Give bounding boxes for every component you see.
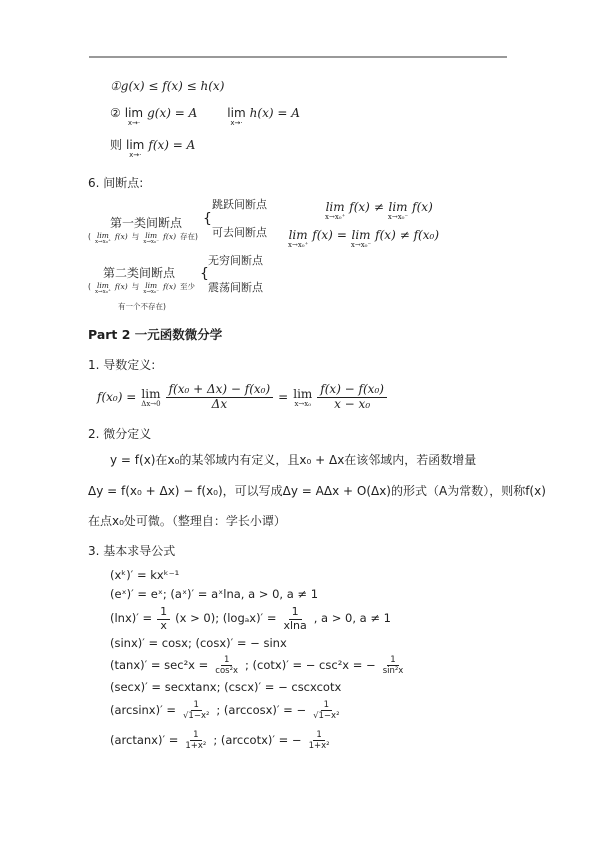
- arcsin-derivative-lhs: (arcsinx)′ =: [110, 704, 176, 718]
- equal-sign: =: [337, 228, 347, 242]
- fx-term: f(x): [163, 232, 176, 241]
- one-over-sin2-fraction: 1 sin²x: [381, 655, 406, 676]
- limit-stack: lim x→x₀⁺: [95, 282, 111, 296]
- one-over-cos2-fraction: 1 cos²x: [213, 655, 240, 676]
- derivative-lhs: f(x₀) =: [97, 390, 136, 404]
- brace-first-class: {: [203, 211, 212, 228]
- limit-stack: lim x→x₀⁺: [288, 228, 308, 249]
- limit-stack: lim Δx→0: [141, 387, 160, 408]
- not-equal-sign: ≠: [374, 200, 384, 214]
- fx-term: f(x): [412, 200, 433, 214]
- second-class-condition-line1: ( lim x→x₀⁺ f(x) 与 lim x→x₀⁻ f(x) 至少: [88, 282, 195, 296]
- formula-secant-cosecant: (secx)′ = secxtanx; (cscx)′ = − cscxcotx: [110, 681, 341, 695]
- arctan-derivative-lhs: (arctanx)′ =: [110, 734, 178, 748]
- differential-paragraph-line1: y = f(x)在x₀的某邻域内有定义，且x₀ + Δx在该邻域内，若函数增量: [110, 453, 476, 467]
- circled-two-marker: ②: [110, 106, 121, 120]
- limit-stack: lim x→·: [125, 106, 143, 127]
- fx-term: f(x): [115, 232, 128, 241]
- and-label: 与: [132, 232, 140, 241]
- one-over-sqrt-fraction: 1 √1−x²: [181, 700, 211, 721]
- limit-stack: lim x→x₀⁻: [388, 200, 408, 221]
- section-6-heading: 6. 间断点:: [88, 176, 143, 190]
- then-label: 则: [110, 138, 122, 152]
- limit-h-equation: h(x) = A: [250, 106, 300, 120]
- jump-discontinuity-label: 跳跃间断点: [212, 198, 267, 211]
- part-2-heading: Part 2 一元函数微分学: [88, 327, 222, 342]
- differential-paragraph-line3: 在点x₀处可微。（整理自：学长小谭）: [88, 514, 286, 528]
- limit-g-equation: g(x) = A: [147, 106, 197, 120]
- and-label: 与: [132, 282, 140, 291]
- tan-derivative-lhs: (tanx)′ = sec²x =: [110, 659, 208, 673]
- not-equal-fx0: ≠ f(x₀): [400, 228, 439, 242]
- derivative-definition-formula: f(x₀) = lim Δx→0 f(x₀ + Δx) − f(x₀) Δx =…: [97, 383, 387, 412]
- log-constraint: , a > 0, a ≠ 1: [314, 612, 391, 626]
- one-over-1px2-fraction: 1 1+x²: [183, 730, 208, 751]
- differential-paragraph-line2: Δy = f(x₀ + Δx) − f(x₀)，可以写成Δy = AΔx + O…: [88, 484, 546, 498]
- removable-discontinuity-formula: lim x→x₀⁺ f(x) = lim x→x₀⁻ f(x) ≠ f(x₀): [288, 228, 439, 249]
- squeeze-inequality-line: ①g(x) ≤ f(x) ≤ h(x): [110, 79, 224, 93]
- infinite-discontinuity-label: 无穷间断点: [208, 254, 263, 267]
- removable-discontinuity-label: 可去间断点: [212, 226, 267, 239]
- squeeze-limits-line: ② lim x→· g(x) = A lim x→· h(x) = A: [110, 106, 300, 127]
- one-over-x-fraction: 1 x: [157, 606, 170, 632]
- second-class-condition-line2: 有一个不存在): [118, 302, 166, 311]
- formula-tangent-cotangent: (tanx)′ = sec²x = 1 cos²x ; (cotx)′ = − …: [110, 655, 405, 676]
- limit-stack: lim x→x₀⁻: [351, 228, 371, 249]
- formula-sine-cosine: (sinx)′ = cosx; (cosx)′ = − sinx: [110, 637, 287, 651]
- derivative-definition-heading: 1. 导数定义:: [88, 358, 155, 372]
- log-derivative-lhs: (x > 0); (logₐx)′ =: [175, 612, 276, 626]
- fx-term: f(x): [349, 200, 370, 214]
- limit-stack: lim x→x₀⁻: [143, 282, 159, 296]
- arccos-derivative-lhs: ; (arccosx)′ = −: [216, 704, 306, 718]
- difference-quotient-fraction: f(x₀ + Δx) − f(x₀) Δx: [166, 383, 274, 412]
- limit-stack: lim x→x₀⁺: [95, 232, 111, 246]
- formula-logarithm: (lnx)′ = 1 x (x > 0); (logₐx)′ = 1 xlna …: [110, 606, 391, 632]
- ln-derivative-lhs: (lnx)′ =: [110, 612, 152, 626]
- paren-open: (: [88, 282, 91, 291]
- fx-term: f(x): [115, 282, 128, 291]
- formula-power-rule: (xᵏ)′ = kxᵏ⁻¹: [110, 569, 179, 583]
- first-class-condition: ( lim x→x₀⁺ f(x) 与 lim x→x₀⁻ f(x) 存在): [88, 232, 198, 246]
- fx-term: f(x): [375, 228, 396, 242]
- at-least-label: 至少: [180, 282, 195, 291]
- one-over-1px2-fraction: 1 1+x²: [307, 730, 332, 751]
- one-over-sqrt-fraction: 1 √1−x²: [311, 700, 341, 721]
- basic-formulas-heading: 3. 基本求导公式: [88, 544, 175, 558]
- fx-term: f(x): [163, 282, 176, 291]
- formula-arctangent-arccotangent: (arctanx)′ = 1 1+x² ; (arccotx)′ = − 1 1…: [110, 730, 332, 751]
- limit-stack: lim x→x₀⁺: [325, 200, 345, 221]
- second-class-title: 第二类间断点: [103, 266, 175, 280]
- difference-quotient-fraction: f(x) − f(x₀) x − x₀: [317, 383, 387, 412]
- arccot-derivative-lhs: ; (arccotx)′ = −: [213, 734, 301, 748]
- limit-stack: lim x→x₀⁻: [143, 232, 159, 246]
- equal-sign: =: [278, 390, 288, 404]
- paren-open: (: [88, 232, 91, 241]
- condition-exists-label: 存在): [180, 232, 198, 241]
- fx-term: f(x): [312, 228, 333, 242]
- cot-derivative-lhs: ; (cotx)′ = − csc²x = −: [245, 659, 376, 673]
- jump-discontinuity-formula: lim x→x₀⁺ f(x) ≠ lim x→x₀⁻ f(x): [325, 200, 433, 221]
- limit-stack: lim x→·: [227, 106, 245, 127]
- header-rule: [89, 56, 507, 58]
- formula-exponential: (eˣ)′ = eˣ; (aˣ)′ = aˣlna, a > 0, a ≠ 1: [110, 588, 318, 602]
- limit-f-equation: f(x) = A: [148, 138, 195, 152]
- differential-definition-heading: 2. 微分定义: [88, 427, 151, 441]
- oscillating-discontinuity-label: 震荡间断点: [208, 281, 263, 294]
- limit-stack: lim x→x₀: [293, 387, 312, 408]
- first-class-title: 第一类间断点: [110, 216, 182, 230]
- squeeze-conclusion-line: 则 lim x→· f(x) = A: [110, 138, 195, 159]
- document-page: ①g(x) ≤ f(x) ≤ h(x) ② lim x→· g(x) = A l…: [0, 0, 596, 842]
- limit-stack: lim x→·: [126, 138, 144, 159]
- one-over-xlna-fraction: 1 xlna: [281, 606, 308, 632]
- formula-arcsine-arccosine: (arcsinx)′ = 1 √1−x² ; (arccosx)′ = − 1 …: [110, 700, 342, 721]
